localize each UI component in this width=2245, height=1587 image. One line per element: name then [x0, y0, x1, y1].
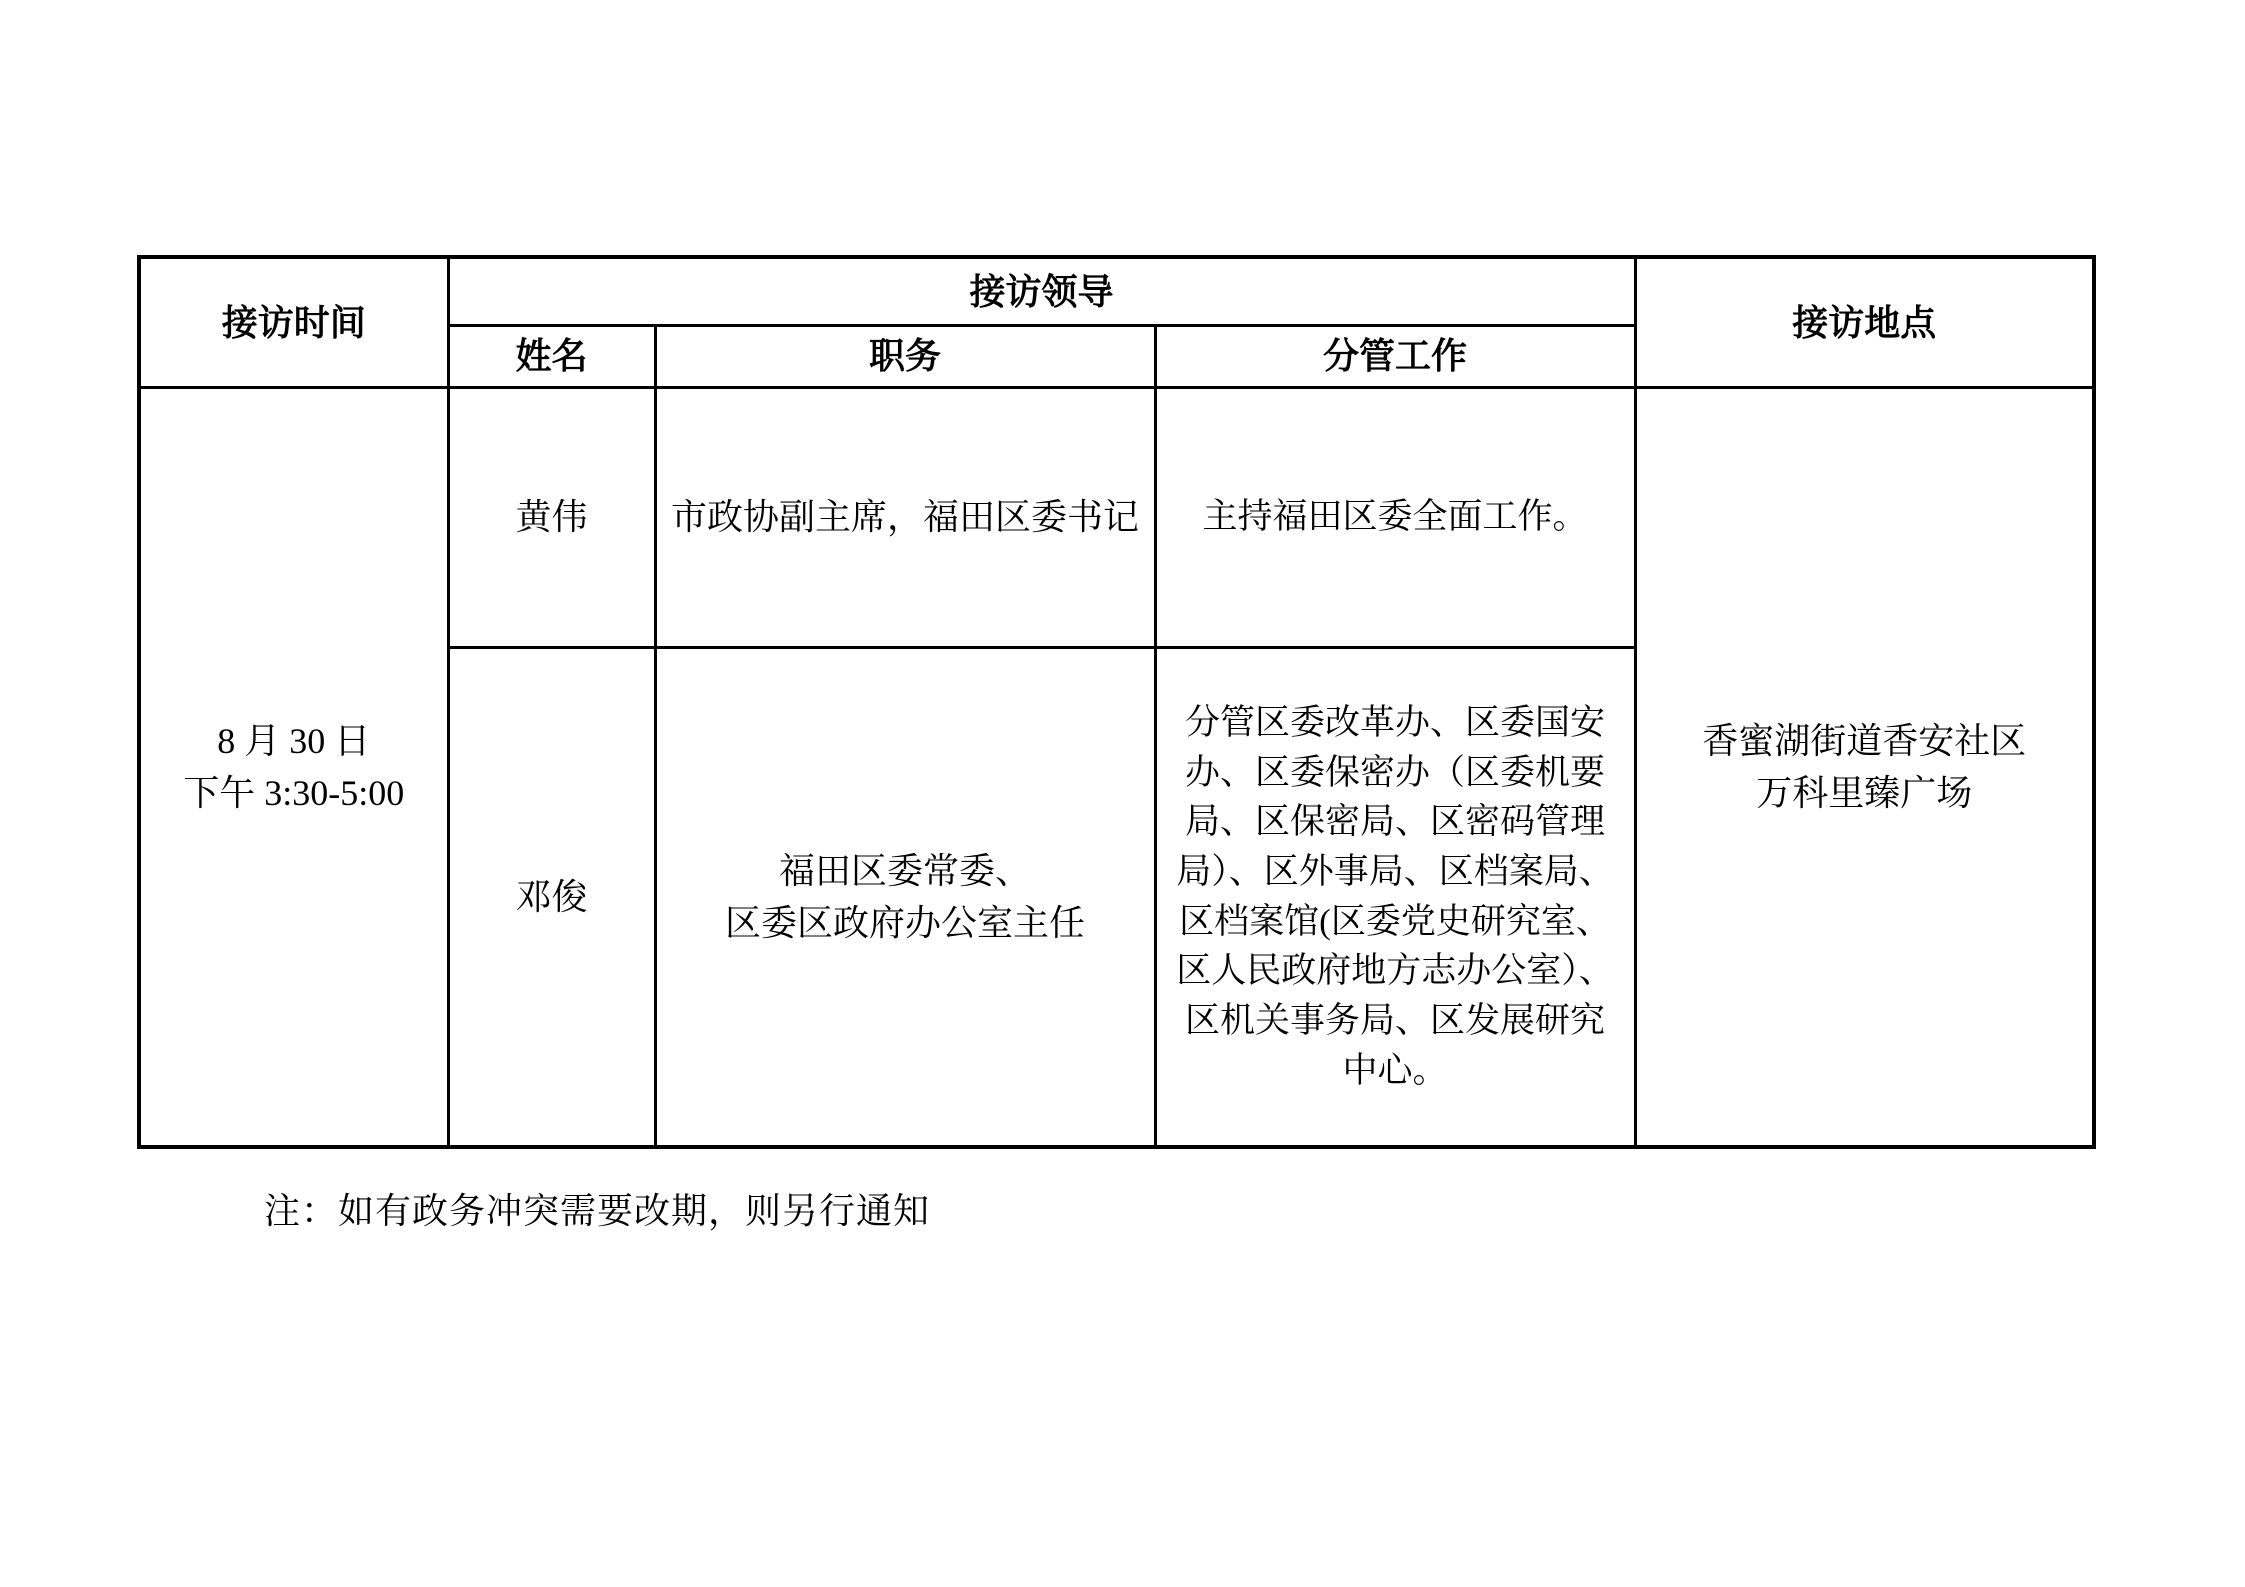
footnote: 注：如有政务冲突需要改期，则另行通知 [264, 1186, 930, 1236]
header-time: 接访时间 [139, 257, 448, 387]
leader-duties-cell: 主持福田区委全面工作。 [1155, 387, 1635, 647]
leader-name-cell: 邓俊 [448, 647, 655, 1147]
leader-name-cell: 黄伟 [448, 387, 655, 647]
leader-position-cell: 市政协副主席，福田区委书记 [655, 387, 1155, 647]
document-page: 接访时间 接访领导 接访地点 姓名 职务 分管工作 8 月 30 日 下午 3:… [0, 0, 2245, 1587]
reception-location-cell: 香蜜湖街道香安社区 万科里臻广场 [1635, 387, 2094, 1147]
table-row-leader-1: 8 月 30 日 下午 3:30-5:00 黄伟 市政协副主席，福田区委书记 主… [139, 387, 2094, 647]
header-location: 接访地点 [1635, 257, 2094, 387]
leader-duties-cell: 分管区委改革办、区委国安办、区委保密办（区委机要局、区保密局、区密码管理局）、区… [1155, 647, 1635, 1147]
reception-schedule-table: 接访时间 接访领导 接访地点 姓名 职务 分管工作 8 月 30 日 下午 3:… [137, 255, 2096, 1149]
header-leaders-group: 接访领导 [448, 257, 1635, 325]
header-position: 职务 [655, 325, 1155, 387]
reception-time-cell: 8 月 30 日 下午 3:30-5:00 [139, 387, 448, 1147]
header-duties: 分管工作 [1155, 325, 1635, 387]
header-name: 姓名 [448, 325, 655, 387]
leader-position-cell: 福田区委常委、 区委区政府办公室主任 [655, 647, 1155, 1147]
header-row-group: 接访时间 接访领导 接访地点 [139, 257, 2094, 325]
